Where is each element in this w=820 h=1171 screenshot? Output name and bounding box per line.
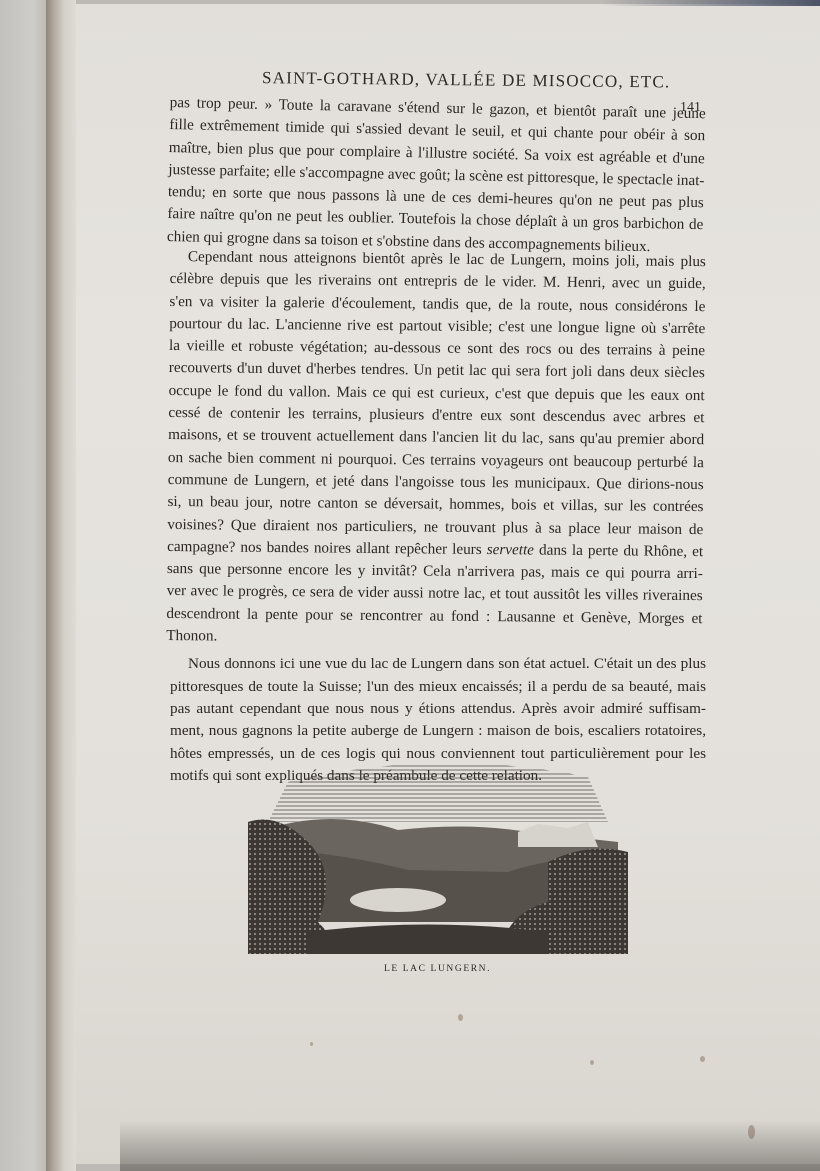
foxing-spot: [700, 1056, 705, 1062]
text-line: pittoresques de toute la Suisse; l'un de…: [170, 676, 706, 698]
text-segment: dans la perte du Rhône, et: [539, 541, 703, 560]
facing-page-edge: [0, 0, 48, 1171]
italic-word: servette: [487, 541, 534, 558]
foxing-spot: [590, 1060, 594, 1065]
foxing-spot: [458, 1014, 463, 1021]
landscape-illustration: [248, 752, 628, 954]
book-gutter: [46, 0, 76, 1171]
paragraph-1: pas trop peur. » Toute la caravane s'éte…: [167, 92, 706, 259]
body-text: pas trop peur. » Toute la caravane s'éte…: [170, 92, 706, 787]
foxing-spot: [310, 1042, 313, 1046]
running-head: SAINT-GOTHARD, VALLÉE DE MISOCCO, ETC.: [262, 68, 622, 92]
bottom-shadow: [120, 1120, 820, 1171]
figure-caption: LE LAC LUNGERN.: [384, 964, 491, 974]
text-line: Nous donnons ici une vue du lac de Lunge…: [170, 653, 706, 675]
paragraph-2: Cependant nous atteignons bientôt après …: [166, 246, 706, 652]
lake-engraving: [248, 752, 628, 954]
text-line: pas autant cependant que nous nous y éti…: [170, 698, 706, 720]
background-top-edge: [600, 0, 820, 6]
text-line: ment, nous gagnons la petite auberge de …: [170, 720, 706, 742]
text-segment: campagne? nos bandes noires allant repêc…: [167, 538, 482, 558]
